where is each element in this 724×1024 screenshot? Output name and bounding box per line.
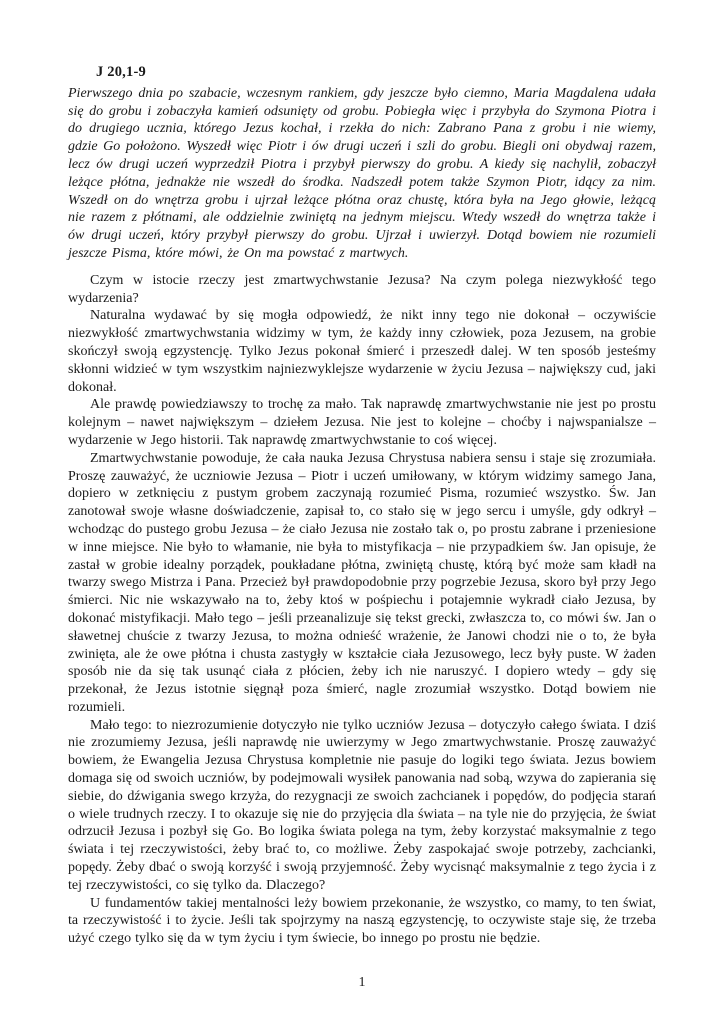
body-paragraphs: Czym w istocie rzeczy jest zmartwychwsta…	[68, 272, 656, 948]
gospel-passage: Pierwszego dnia po szabacie, wczesnym ra…	[68, 85, 656, 263]
body-paragraph: Zmartwychwstanie powoduje, że cała nauka…	[68, 450, 656, 717]
page-footer: 1	[0, 974, 724, 992]
body-paragraph: Ale prawdę powiedziawszy to trochę za ma…	[68, 396, 656, 449]
document-heading: J 20,1-9	[68, 64, 656, 82]
document-page: J 20,1-9 Pierwszego dnia po szabacie, wc…	[0, 0, 724, 1024]
body-paragraph: Mało tego: to niezrozumienie dotyczyło n…	[68, 717, 656, 895]
page-number: 1	[359, 975, 366, 990]
text-block: J 20,1-9 Pierwszego dnia po szabacie, wc…	[68, 64, 656, 948]
body-paragraph: Naturalna wydawać by się mogła odpowiedź…	[68, 307, 656, 396]
body-paragraph: Czym w istocie rzeczy jest zmartwychwsta…	[68, 272, 656, 308]
body-paragraph: U fundamentów takiej mentalności leży bo…	[68, 895, 656, 948]
